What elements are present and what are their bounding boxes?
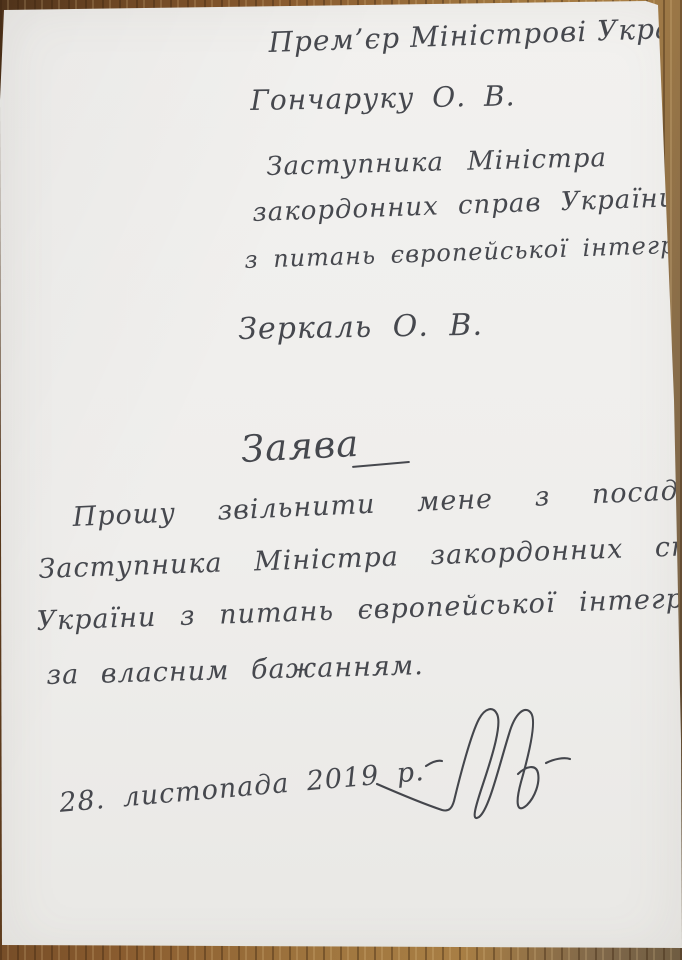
sender-line-3: з питань європейської інтеграції	[244, 229, 682, 274]
statement-title: Заява	[240, 422, 360, 471]
title-flourish	[352, 461, 410, 468]
paper-sheet: Прем’єр Міністрові України Гончаруку О. …	[0, 0, 682, 960]
addressee-line-2: Гончаруку О. В.	[250, 79, 516, 117]
letter-photo: Прем’єр Міністрові України Гончаруку О. …	[0, 0, 682, 960]
addressee-line-1: Прем’єр Міністрові України	[268, 10, 682, 59]
body-line-4: за власним бажанням.	[46, 650, 424, 691]
date-line: 28. листопада 2019 р.	[58, 756, 426, 819]
sender-line-1: Заступника Міністра	[266, 143, 607, 182]
sender-line-2: закордонних справ України	[252, 183, 677, 228]
body-line-3: України з питань європейської інтеграції	[36, 581, 682, 637]
body-line-2: Заступника Міністра закордонних справ	[38, 529, 682, 585]
body-line-1: Прошу звільнити мене з посади	[72, 475, 682, 533]
sender-name: Зеркаль О. В.	[238, 308, 483, 347]
